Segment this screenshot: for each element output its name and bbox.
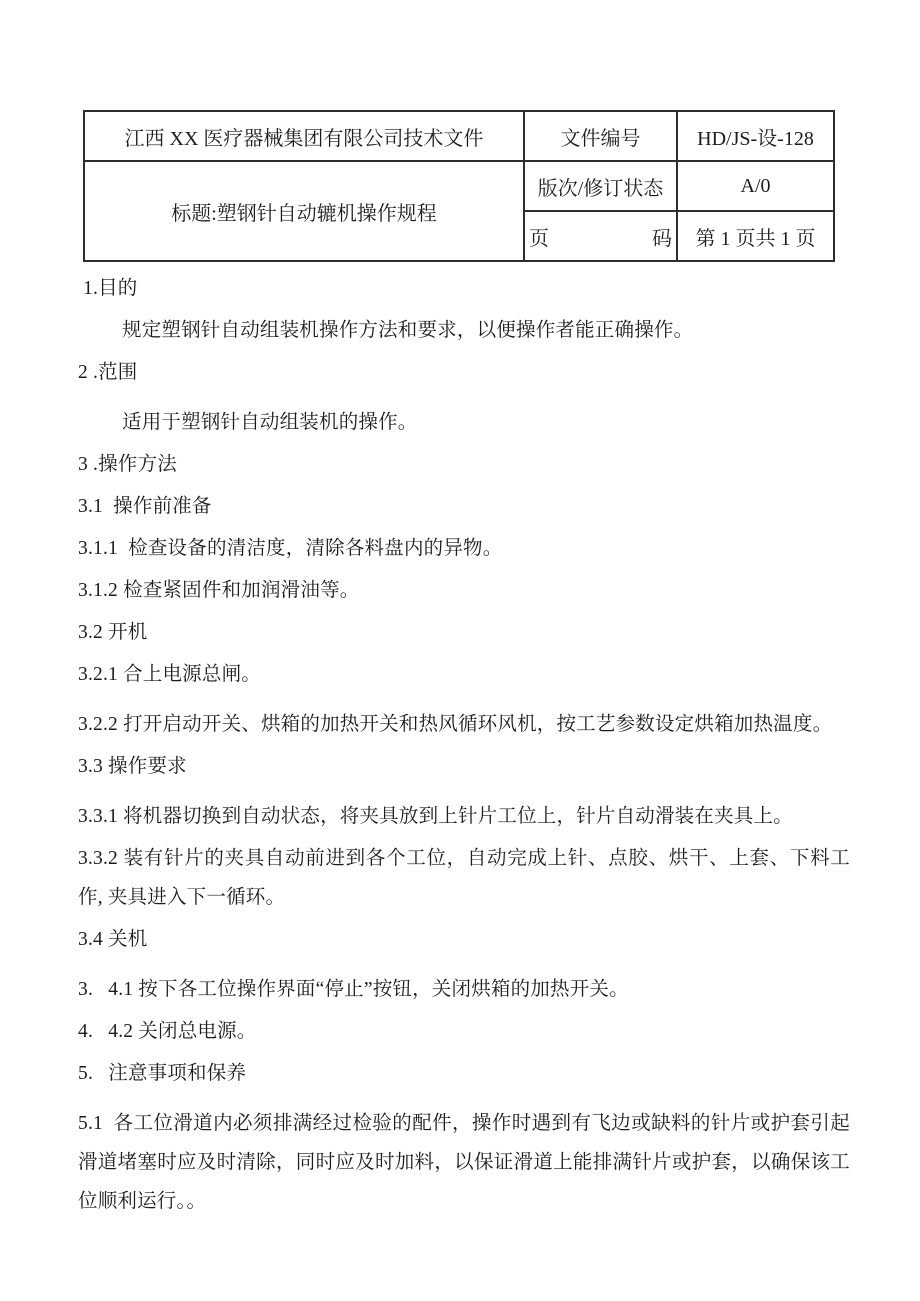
- paragraph: 1.目的: [78, 269, 850, 308]
- paragraph: 2 .范围: [78, 353, 850, 392]
- paragraph: 适用于塑钢针自动组装机的操作。: [78, 403, 850, 442]
- page-label-left: 页: [529, 222, 549, 251]
- doc-number-label: 文件编号: [524, 111, 677, 161]
- paragraph: 3.3.2 装有针片的夹具自动前进到各个工位，自动完成上针、点胶、烘干、上套、下…: [78, 839, 850, 917]
- page-label-right: 码: [652, 222, 672, 251]
- paragraph: 3.2.1 合上电源总闸。: [78, 655, 850, 694]
- document-title: 标题:塑钢针自动辘机操作规程: [84, 161, 524, 261]
- paragraph: 5. 注意事项和保养: [78, 1054, 850, 1093]
- paragraph: 3.3 操作要求: [78, 747, 850, 786]
- paragraph: 3.2 开机: [78, 613, 850, 652]
- company-name: 江西 XX 医疗器械集团有限公司技术文件: [84, 111, 524, 161]
- document-body: 1.目的规定塑钢针自动组装机操作方法和要求，以便操作者能正确操作。2 .范围适用…: [78, 269, 850, 1221]
- paragraph: 4. 4.2 关闭总电源。: [78, 1012, 850, 1051]
- revision-label: 版次/修订状态: [524, 161, 677, 211]
- paragraph: 3.1.1 检查设备的清洁度，清除各料盘内的异物。: [78, 529, 850, 568]
- revision-value: A/0: [677, 161, 834, 211]
- paragraph: 3.3.1 将机器切换到自动状态，将夹具放到上针片工位上，针片自动滑装在夹具上。: [78, 797, 850, 836]
- paragraph: 规定塑钢针自动组装机操作方法和要求，以便操作者能正确操作。: [78, 311, 850, 350]
- doc-number-value: HD/JS-设-128: [677, 111, 834, 161]
- paragraph: 5.1 各工位滑道内必须排满经过检验的配件，操作时遇到有飞边或缺料的针片或护套引…: [78, 1104, 850, 1221]
- paragraph: 3.2.2 打开启动开关、烘箱的加热开关和热风循环风机，按工艺参数设定烘箱加热温…: [78, 705, 850, 744]
- paragraph: 3.1 操作前准备: [78, 487, 850, 526]
- paragraph: 3. 4.1 按下各工位操作界面“停止”按钮，关闭烘箱的加热开关。: [78, 970, 850, 1009]
- page-value: 第 1 页共 1 页: [677, 211, 834, 261]
- paragraph: 3.1.2 检查紧固件和加润滑油等。: [78, 571, 850, 610]
- header-table: 江西 XX 医疗器械集团有限公司技术文件 文件编号 HD/JS-设-128 标题…: [83, 110, 835, 262]
- document-page: 江西 XX 医疗器械集团有限公司技术文件 文件编号 HD/JS-设-128 标题…: [0, 0, 920, 1301]
- paragraph: 3 .操作方法: [78, 445, 850, 484]
- paragraph: 3.4 关机: [78, 920, 850, 959]
- page-label: 页 码: [524, 211, 677, 261]
